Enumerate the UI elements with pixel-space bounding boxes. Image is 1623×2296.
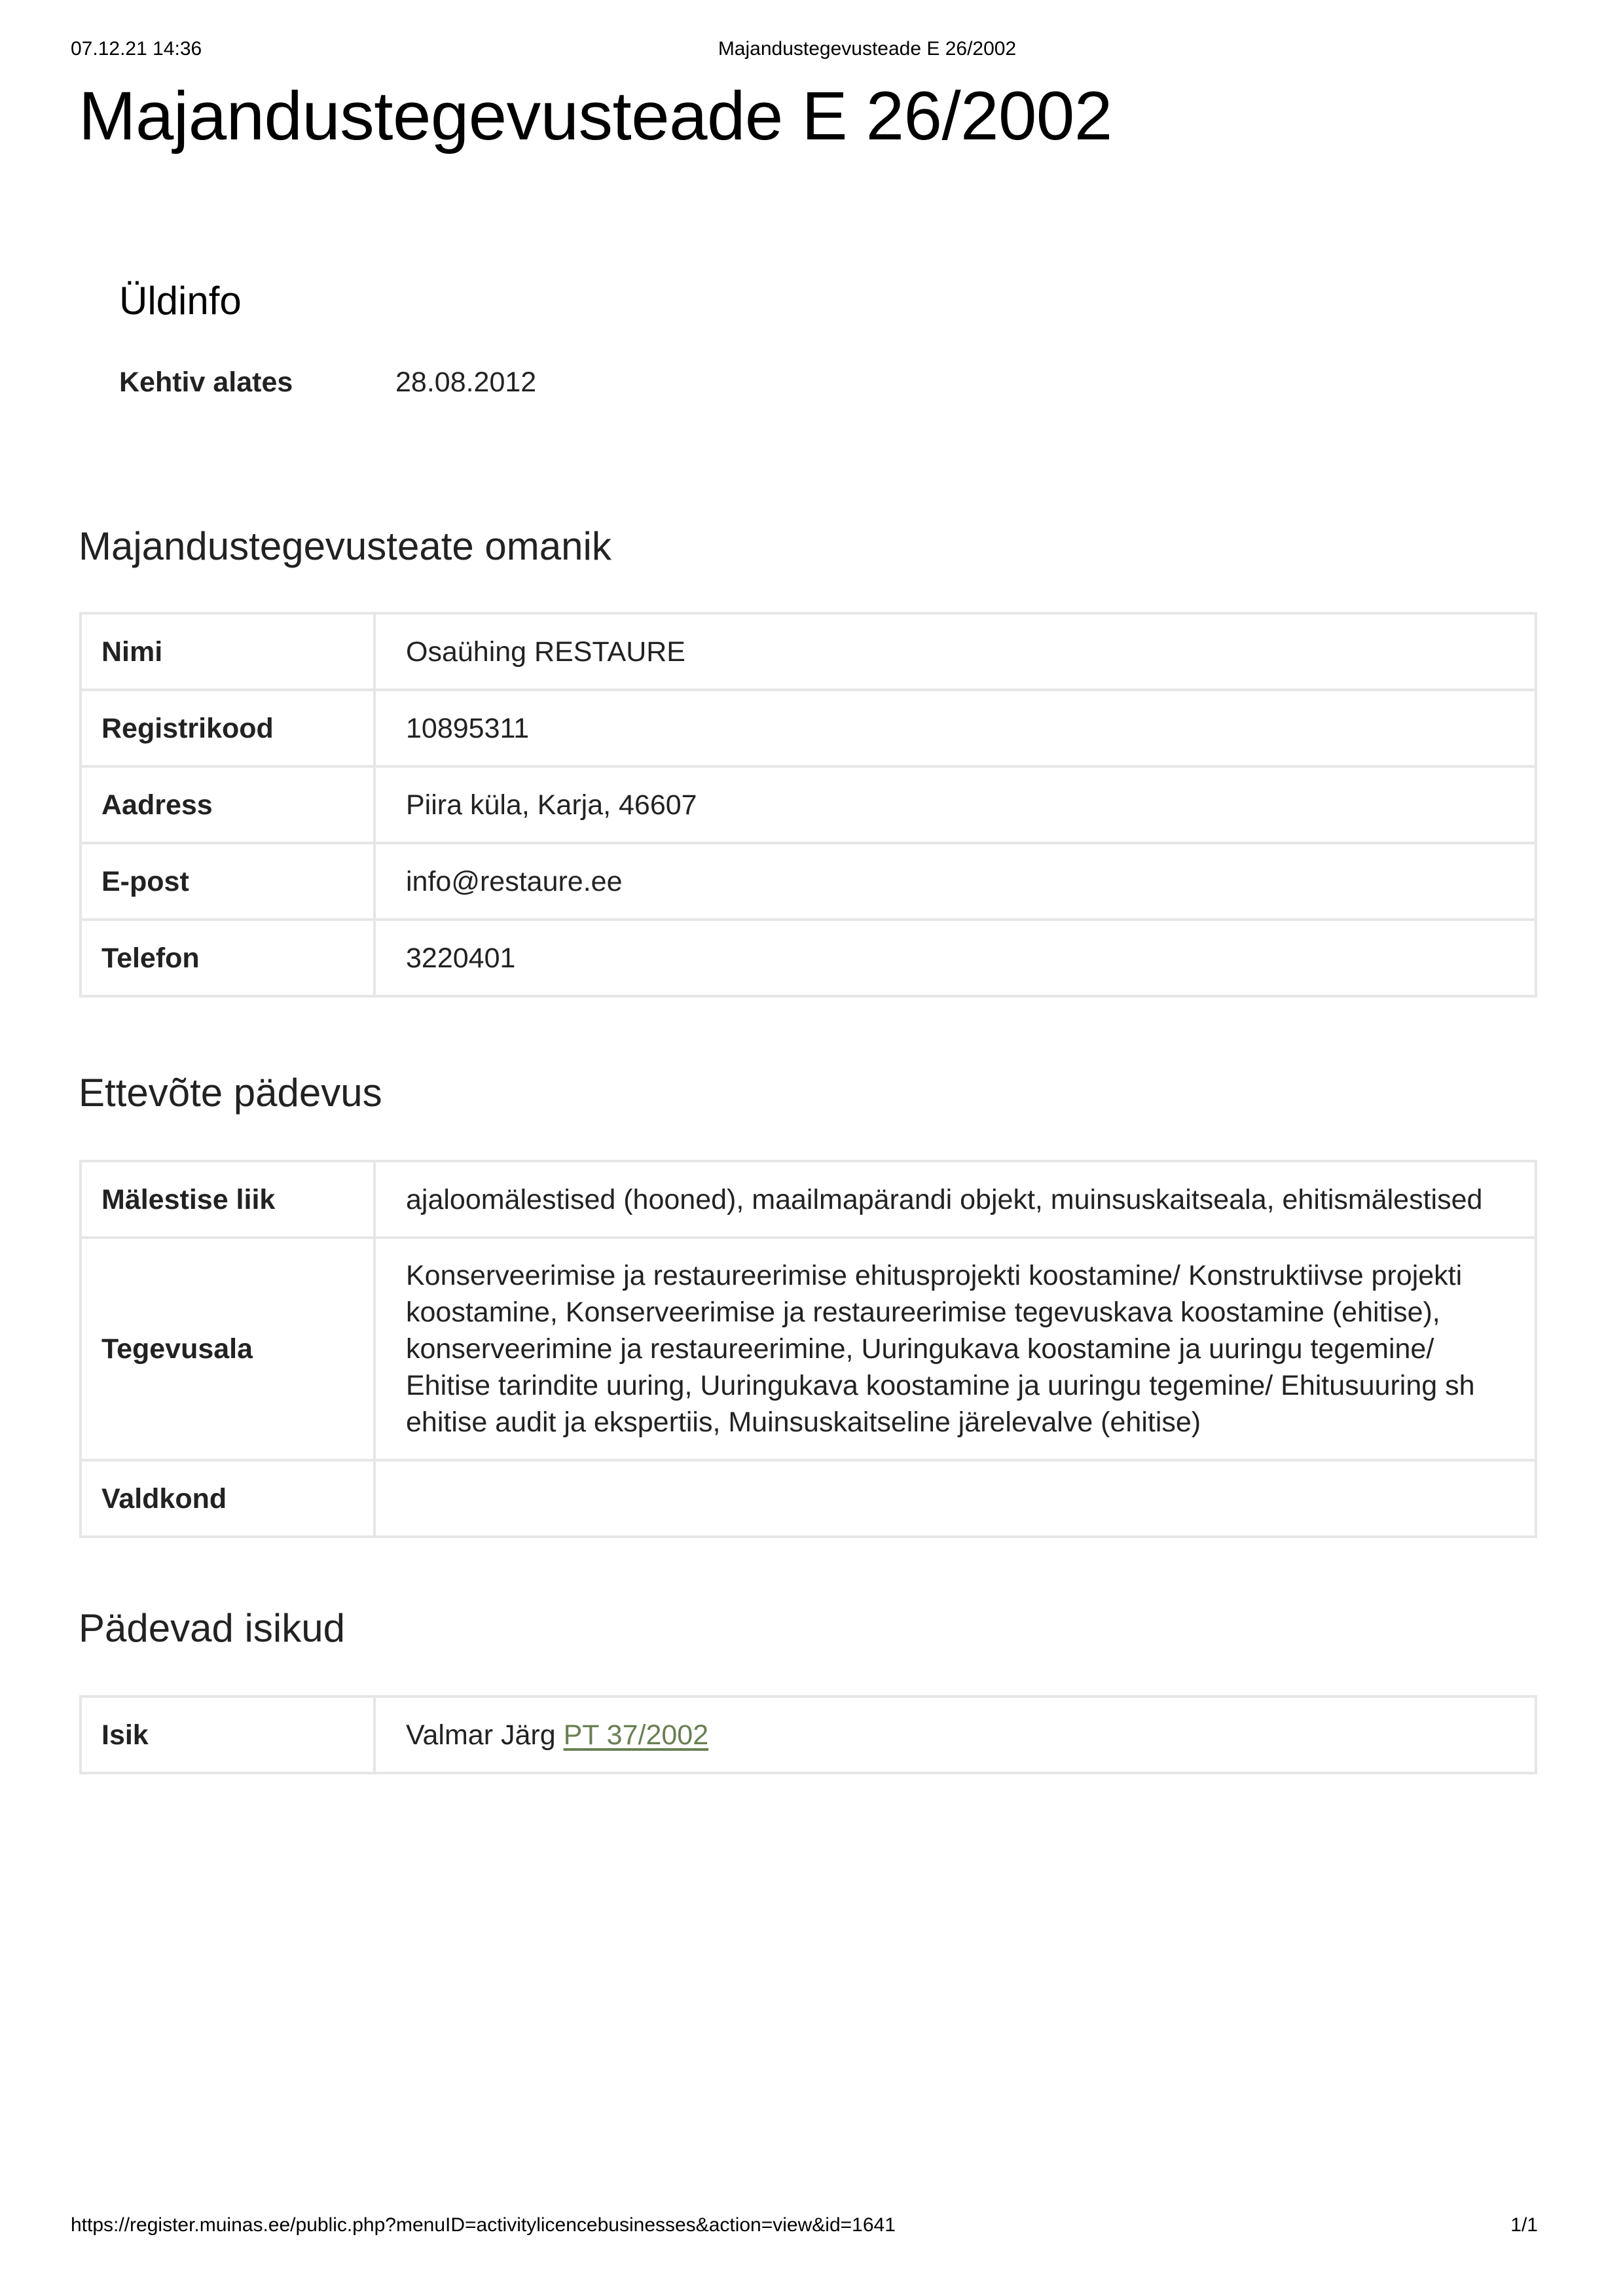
competence-heading: Ettevõte pädevus xyxy=(79,1070,382,1115)
phone-label: Telefon xyxy=(81,920,374,996)
owner-name-label: Nimi xyxy=(81,613,374,690)
owner-name-value: Osaühing RESTAURE xyxy=(374,613,1536,690)
valid-from-label: Kehtiv alates xyxy=(119,367,293,399)
field-label: Valdkond xyxy=(81,1460,374,1537)
competence-table: Mälestise liik ajaloomälestised (hooned)… xyxy=(79,1160,1537,1538)
table-row: Tegevusala Konserveerimise ja restaureer… xyxy=(81,1238,1536,1460)
owner-table: Nimi Osaühing RESTAURE Registrikood 1089… xyxy=(79,612,1537,997)
monument-type-label: Mälestise liik xyxy=(81,1161,374,1238)
activity-area-value: Konserveerimise ja restaureerimise ehitu… xyxy=(374,1238,1536,1460)
monument-type-value: ajaloomälestised (hooned), maailmapärand… xyxy=(374,1161,1536,1238)
persons-heading: Pädevad isikud xyxy=(79,1605,345,1651)
persons-table: Isik Valmar Järg PT 37/2002 xyxy=(79,1695,1537,1774)
table-row: Valdkond xyxy=(81,1460,1536,1537)
table-row: Nimi Osaühing RESTAURE xyxy=(81,613,1536,690)
email-value: info@restaure.ee xyxy=(374,843,1536,920)
table-row: Isik Valmar Järg PT 37/2002 xyxy=(81,1696,1536,1773)
person-certificate-link[interactable]: PT 37/2002 xyxy=(564,1719,709,1751)
reg-code-label: Registrikood xyxy=(81,690,374,766)
page-title: Majandustegevusteade E 26/2002 xyxy=(79,77,1112,156)
table-row: Telefon 3220401 xyxy=(81,920,1536,996)
email-label: E-post xyxy=(81,843,374,920)
table-row: Aadress Piira küla, Karja, 46607 xyxy=(81,766,1536,843)
page-number: 1/1 xyxy=(1510,2214,1538,2236)
table-row: E-post info@restaure.ee xyxy=(81,843,1536,920)
print-page-title: Majandustegevusteade E 26/2002 xyxy=(71,38,1552,60)
person-label: Isik xyxy=(81,1696,374,1773)
table-row: Mälestise liik ajaloomälestised (hooned)… xyxy=(81,1161,1536,1238)
table-row: Registrikood 10895311 xyxy=(81,690,1536,766)
reg-code-value: 10895311 xyxy=(374,690,1536,766)
phone-value: 3220401 xyxy=(374,920,1536,996)
print-url: https://register.muinas.ee/public.php?me… xyxy=(71,2214,896,2236)
owner-heading: Majandustegevusteate omanik xyxy=(79,524,611,569)
person-value: Valmar Järg PT 37/2002 xyxy=(374,1696,1536,1773)
address-label: Aadress xyxy=(81,766,374,843)
valid-from-value: 28.08.2012 xyxy=(395,367,536,399)
address-value: Piira küla, Karja, 46607 xyxy=(374,766,1536,843)
person-name: Valmar Järg xyxy=(406,1719,556,1751)
field-value xyxy=(374,1460,1536,1537)
activity-area-label: Tegevusala xyxy=(81,1238,374,1460)
general-info-heading: Üldinfo xyxy=(119,278,242,323)
